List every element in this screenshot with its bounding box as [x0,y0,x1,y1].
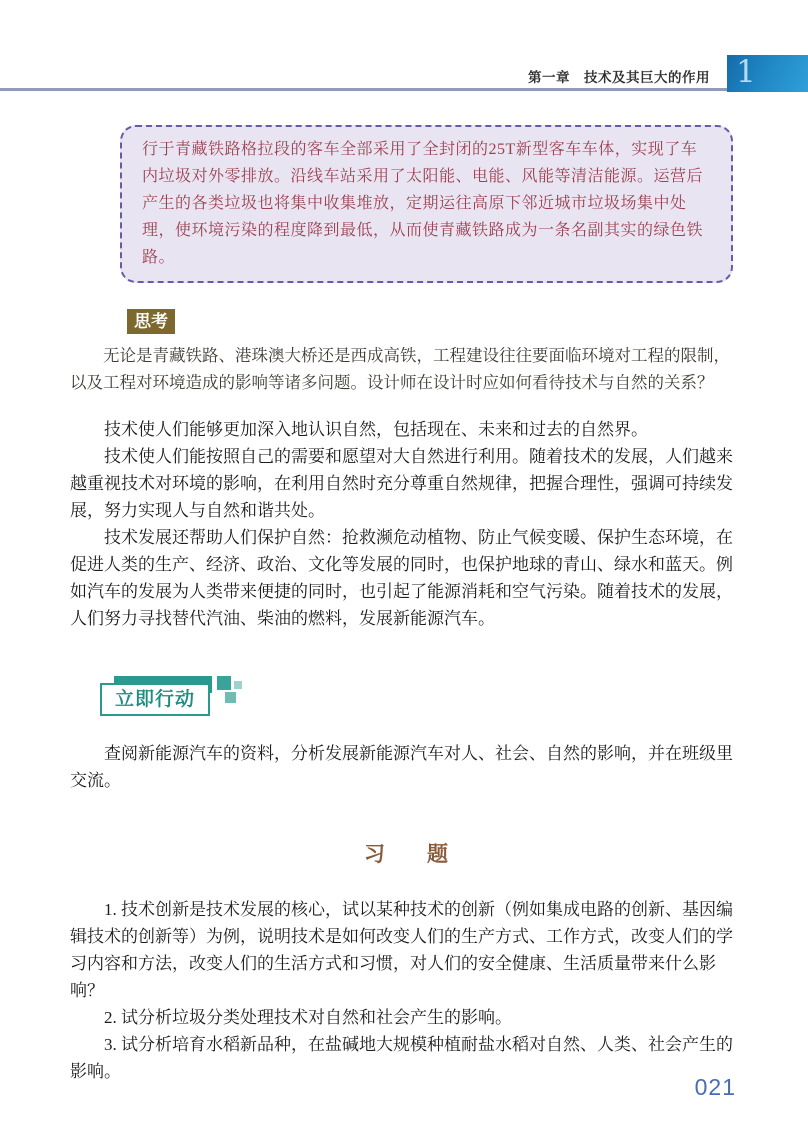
action-badge-label: 立即行动 [100,683,210,716]
body-paragraph: 技术使人们能按照自己的需要和愿望对大自然进行利用。随着技术的发展，人们越来越重视… [70,443,742,524]
action-badge: 立即行动 [100,676,742,724]
pixel-square-icon [234,681,242,689]
case-study-text: 行于青藏铁路格拉段的客车全部采用了全封闭的25T新型客车车体，实现了车内垃圾对外… [142,141,703,266]
page-number: 021 [695,1074,736,1101]
body-paragraph: 技术使人们能够更加深入地认识自然，包括现在、未来和过去的自然界。 [70,416,742,443]
textbook-page: 第一章 技术及其巨大的作用 1 行于青藏铁路格拉段的客车全部采用了全封闭的25T… [0,0,808,1137]
pixel-square-icon [225,692,236,703]
action-task-text: 查阅新能源汽车的资料，分析发展新能源汽车对人、社会、自然的影响，并在班级里交流。 [70,740,742,794]
exercise-item: 3. 试分析培育水稻新品种，在盐碱地大规模种植耐盐水稻对自然、人类、社会产生的影… [70,1031,742,1085]
exercise-list: 1. 技术创新是技术发展的核心，试以某种技术的创新（例如集成电路的创新、基因编辑… [70,896,742,1085]
pixel-square-icon [217,676,231,690]
body-paragraph: 技术发展还帮助人们保护自然：抢救濒危动植物、防止气候变暖、保护生态环境，在促进人… [70,524,742,632]
exercise-item: 1. 技术创新是技术发展的核心，试以某种技术的创新（例如集成电路的创新、基因编辑… [70,896,742,1004]
case-study-quote-box: 行于青藏铁路格拉段的客车全部采用了全封闭的25T新型客车车体，实现了车内垃圾对外… [120,125,733,283]
page-content: 行于青藏铁路格拉段的客车全部采用了全封闭的25T新型客车车体，实现了车内垃圾对外… [0,0,808,1085]
body-text: 技术使人们能够更加深入地认识自然，包括现在、未来和过去的自然界。 技术使人们能按… [70,416,742,632]
exercise-item: 2. 试分析垃圾分类处理技术对自然和社会产生的影响。 [70,1004,742,1031]
exercises-title: 习 题 [70,838,742,868]
think-question: 无论是青藏铁路、港珠澳大桥还是西成高铁，工程建设往往要面临环境对工程的限制，以及… [70,342,742,396]
think-badge: 思考 [127,309,175,334]
